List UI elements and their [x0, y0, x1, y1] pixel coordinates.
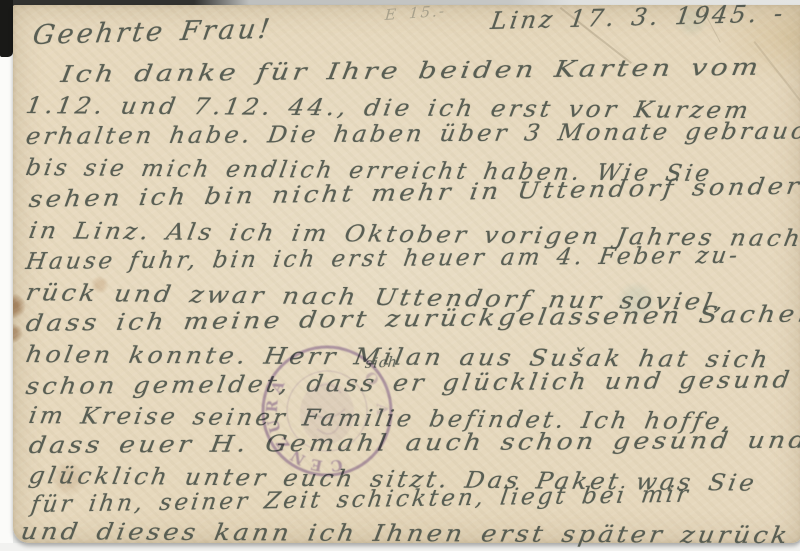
scanned-postcard-page: { "postcard": { "dealer_note": "E 15.-",… — [0, 0, 800, 551]
handwriting-line: schon gemeldet, dass er glücklich und ge… — [24, 369, 794, 399]
censor-stamp: C E N Z U R A O A — [245, 329, 409, 493]
dealer-pencil-note: E 15.- — [384, 4, 446, 23]
handwriting-line: und dieses kann ich Ihnen erst später zu… — [19, 521, 792, 548]
handwriting-line: Hause fuhr, bin ich erst heuer am 4. Feb… — [24, 245, 741, 274]
stamp-partial-letter: A — [373, 402, 391, 416]
stamp-letter: A — [266, 377, 288, 397]
scan-edge-shadow — [0, 0, 13, 57]
salutation: Geehrte Frau! — [31, 16, 274, 49]
handwriting-line: Ich danke für Ihre beiden Karten vom — [59, 57, 763, 87]
handwriting-line: erhalten habe. Die haben über 3 Monate g… — [24, 120, 800, 149]
stamp-partial-letter: O — [360, 368, 382, 389]
stamp-letter: U — [264, 417, 285, 435]
date-line: Linz 17. 3. 1945. - — [489, 1, 787, 33]
handwriting-line: dass euer H. Gemahl auch schon gesund un… — [27, 430, 800, 458]
stamp-letter: N — [287, 446, 308, 469]
stamp-letter: R — [263, 399, 282, 414]
handwriting-line: dass ich meine dort zurückgelassenen Sac… — [24, 303, 800, 336]
scanner-background-left — [0, 0, 13, 551]
stamp-letter: C — [329, 455, 344, 475]
stamp-letter: E — [309, 455, 324, 475]
stamp-coat-of-arms — [300, 382, 354, 444]
postcard: E 15.- Linz 17. 3. 1945. - Geehrte Frau!… — [13, 5, 800, 543]
